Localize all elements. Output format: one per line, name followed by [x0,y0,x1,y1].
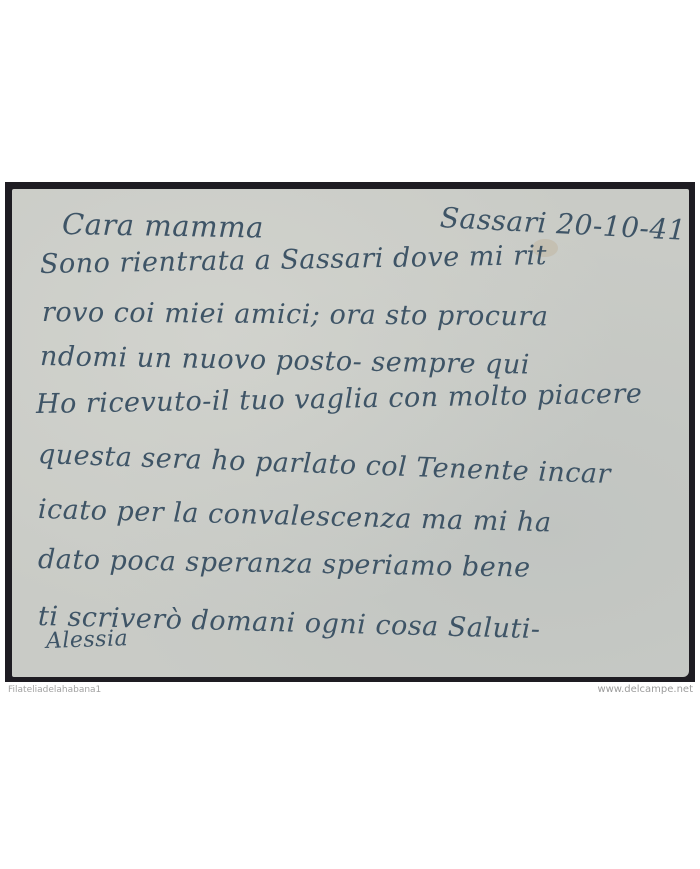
signature: Alessia [46,626,129,654]
page: Cara mamma Sassari 20-10-41 Sono rientra… [0,0,700,869]
site-caption[interactable]: www.delcampe.net [597,684,693,695]
letter-line: rovo coi miei amici; ora sto procura [42,297,549,332]
place-date: Sassari 20-10-41 [439,201,687,247]
letter-line: ndomi un nuovo posto- sempre qui [40,341,530,381]
letter-line: Sono rientrata a Sassari dove mi rit [40,240,548,280]
seller-caption: Filateliadelahabana1 [8,685,101,695]
letter-line: dato poca speranza speriamo bene [38,544,531,584]
letter-line: Ho ricevuto-il tuo vaglia con molto piac… [36,378,643,420]
letter-line: questa sera ho parlato col Tenente incar [37,439,611,490]
letter-line: icato per la convalescenza ma mi ha [38,494,552,538]
salutation: Cara mamma [62,207,265,245]
postcard: Cara mamma Sassari 20-10-41 Sono rientra… [12,189,689,677]
